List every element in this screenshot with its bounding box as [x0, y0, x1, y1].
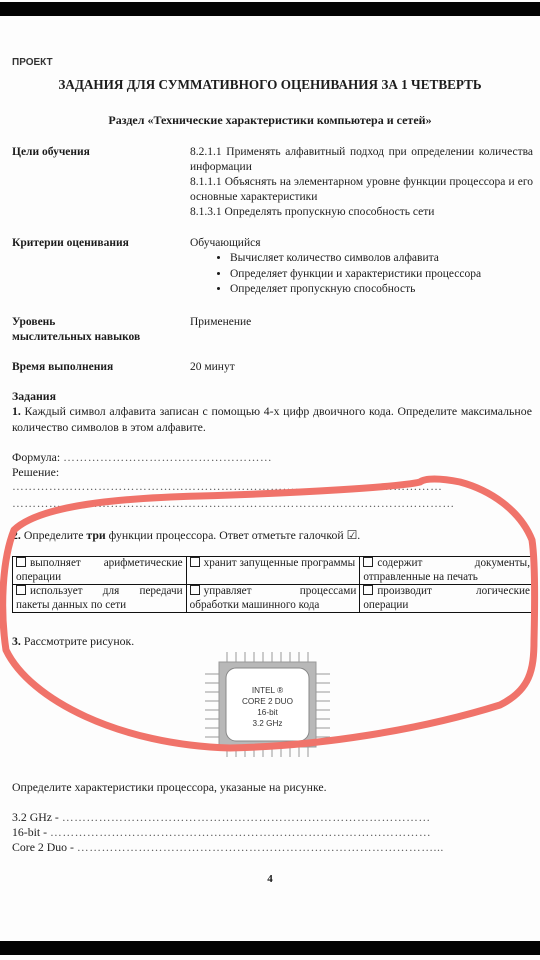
chip-label-line: 3.2 GHz [205, 718, 330, 729]
table-row: выполняет арифметические операции хранит… [13, 557, 534, 585]
task3-number: 3. [12, 634, 21, 648]
criteria-label: Критерии оценивания [12, 236, 129, 251]
option-label: использует для передачи пакеты данных по… [16, 585, 183, 611]
chip-label-line: CORE 2 DUO [205, 696, 330, 707]
level-label: Уровень мыслительных навыков [12, 315, 140, 345]
checkbox-icon[interactable] [16, 557, 26, 567]
answer-line: 3.2 GHz - ……………………………………………………………………………… [12, 810, 452, 825]
criteria-item: Вычисляет количество символов алфавита [230, 251, 533, 267]
option-label: выполняет арифметические операции [16, 557, 183, 583]
option-cell[interactable]: использует для передачи пакеты данных по… [13, 585, 187, 613]
task2-text-bold: три [86, 528, 105, 542]
goals-label: Цели обучения [12, 145, 90, 160]
answer-field[interactable]: ………………………………………………………………………………… [50, 825, 431, 839]
answer-label: 16-bit - [12, 825, 47, 839]
solution-line-2[interactable]: ……………………………………………………………………………………………… [12, 495, 482, 511]
task3-question: Определите характеристики процессора, ук… [12, 779, 532, 795]
document-title: ЗАДАНИЯ ДЛЯ СУММАТИВНОГО ОЦЕНИВАНИЯ ЗА 1… [0, 77, 540, 93]
task2-text-before: Определите [24, 528, 84, 542]
chip-label-line: INTEL ® [205, 685, 330, 696]
answer-label: Core 2 Duo - [12, 840, 74, 854]
task2-text-after: функции процессора. Ответ отметьте галоч… [109, 528, 361, 542]
top-black-bar [0, 2, 540, 16]
processor-functions-table: выполняет арифметические операции хранит… [12, 556, 534, 613]
formula-answer-field[interactable]: …………………………………………… [63, 450, 272, 464]
answer-field[interactable]: ……………………………………………………………………………… [62, 810, 431, 824]
task1-formula-line: Формула: …………………………………………… [12, 449, 532, 465]
option-cell[interactable]: хранит запущенные программы [186, 557, 360, 585]
option-cell[interactable]: управляет процессами обработки машинного… [186, 585, 360, 613]
criteria-block: Обучающийся Вычисляет количество символо… [190, 236, 533, 298]
criteria-item: Определяет функции и характеристики проц… [230, 267, 533, 283]
criteria-intro: Обучающийся [190, 236, 533, 251]
time-value: 20 минут [190, 360, 533, 375]
answer-field[interactable]: ……………………………………………………………………………... [77, 840, 444, 854]
table-row: использует для передачи пакеты данных по… [13, 585, 534, 613]
goal-item: 8.1.1.1 Объяснять на элементарном уровне… [190, 175, 533, 205]
checkbox-icon[interactable] [16, 585, 26, 595]
solution-line-1[interactable]: …………………………………………………………………………………………… [12, 478, 452, 494]
option-cell[interactable]: производит логические операции [360, 585, 534, 613]
task2-number: 2. [12, 528, 21, 542]
task1-text: 1. Каждый символ алфавита записан с помо… [12, 403, 532, 435]
option-label: хранит запущенные программы [204, 557, 355, 569]
answer-line: Core 2 Duo - ………………………………………………………………………… [12, 840, 452, 855]
option-label: производит логические операции [363, 585, 530, 611]
option-cell[interactable]: содержит документы, отправленные на печа… [360, 557, 534, 585]
option-label: управляет процессами обработки машинного… [190, 585, 357, 611]
bottom-black-bar [0, 941, 540, 955]
answer-label: 3.2 GHz - [12, 810, 59, 824]
goal-item: 8.2.1.1 Применять алфавитный подход при … [190, 145, 533, 175]
chip-label: INTEL ® CORE 2 DUO 16-bit 3.2 GHz [205, 685, 330, 729]
task2-text: 2. Определите три функции процессора. От… [12, 527, 532, 543]
task3-text: 3. Рассмотрите рисунок. [12, 633, 532, 649]
criteria-item: Определяет пропускную способность [230, 282, 533, 298]
section-title: Раздел «Технические характеристики компь… [0, 113, 540, 128]
level-value: Применение [190, 315, 533, 330]
answer-line: 16-bit - ………………………………………………………………………………… [12, 825, 452, 840]
checkbox-icon[interactable] [363, 557, 373, 567]
goal-item: 8.1.3.1 Определять пропускную способност… [190, 205, 533, 220]
goals-list: 8.2.1.1 Применять алфавитный подход при … [190, 145, 533, 220]
draft-stamp: ПРОЕКТ [12, 57, 53, 68]
task1-question: Каждый символ алфавита записан с помощью… [12, 404, 532, 434]
criteria-list: Вычисляет количество символов алфавита О… [190, 251, 533, 298]
formula-label: Формула: [12, 450, 60, 464]
checkbox-icon[interactable] [190, 585, 200, 595]
processor-chip-image: INTEL ® CORE 2 DUO 16-bit 3.2 GHz [205, 652, 330, 757]
task3-instruction: Рассмотрите рисунок. [24, 634, 134, 648]
option-label: содержит документы, отправленные на печа… [363, 557, 530, 583]
chip-label-line: 16-bit [205, 707, 330, 718]
task1-number: 1. [12, 404, 21, 418]
page-number: 4 [0, 873, 540, 885]
level-label-line: мыслительных навыков [12, 330, 140, 345]
level-label-line: Уровень [12, 315, 140, 330]
time-label: Время выполнения [12, 360, 113, 375]
checkbox-icon[interactable] [190, 557, 200, 567]
checkbox-icon[interactable] [363, 585, 373, 595]
option-cell[interactable]: выполняет арифметические операции [13, 557, 187, 585]
tasks-heading: Задания [12, 388, 532, 404]
